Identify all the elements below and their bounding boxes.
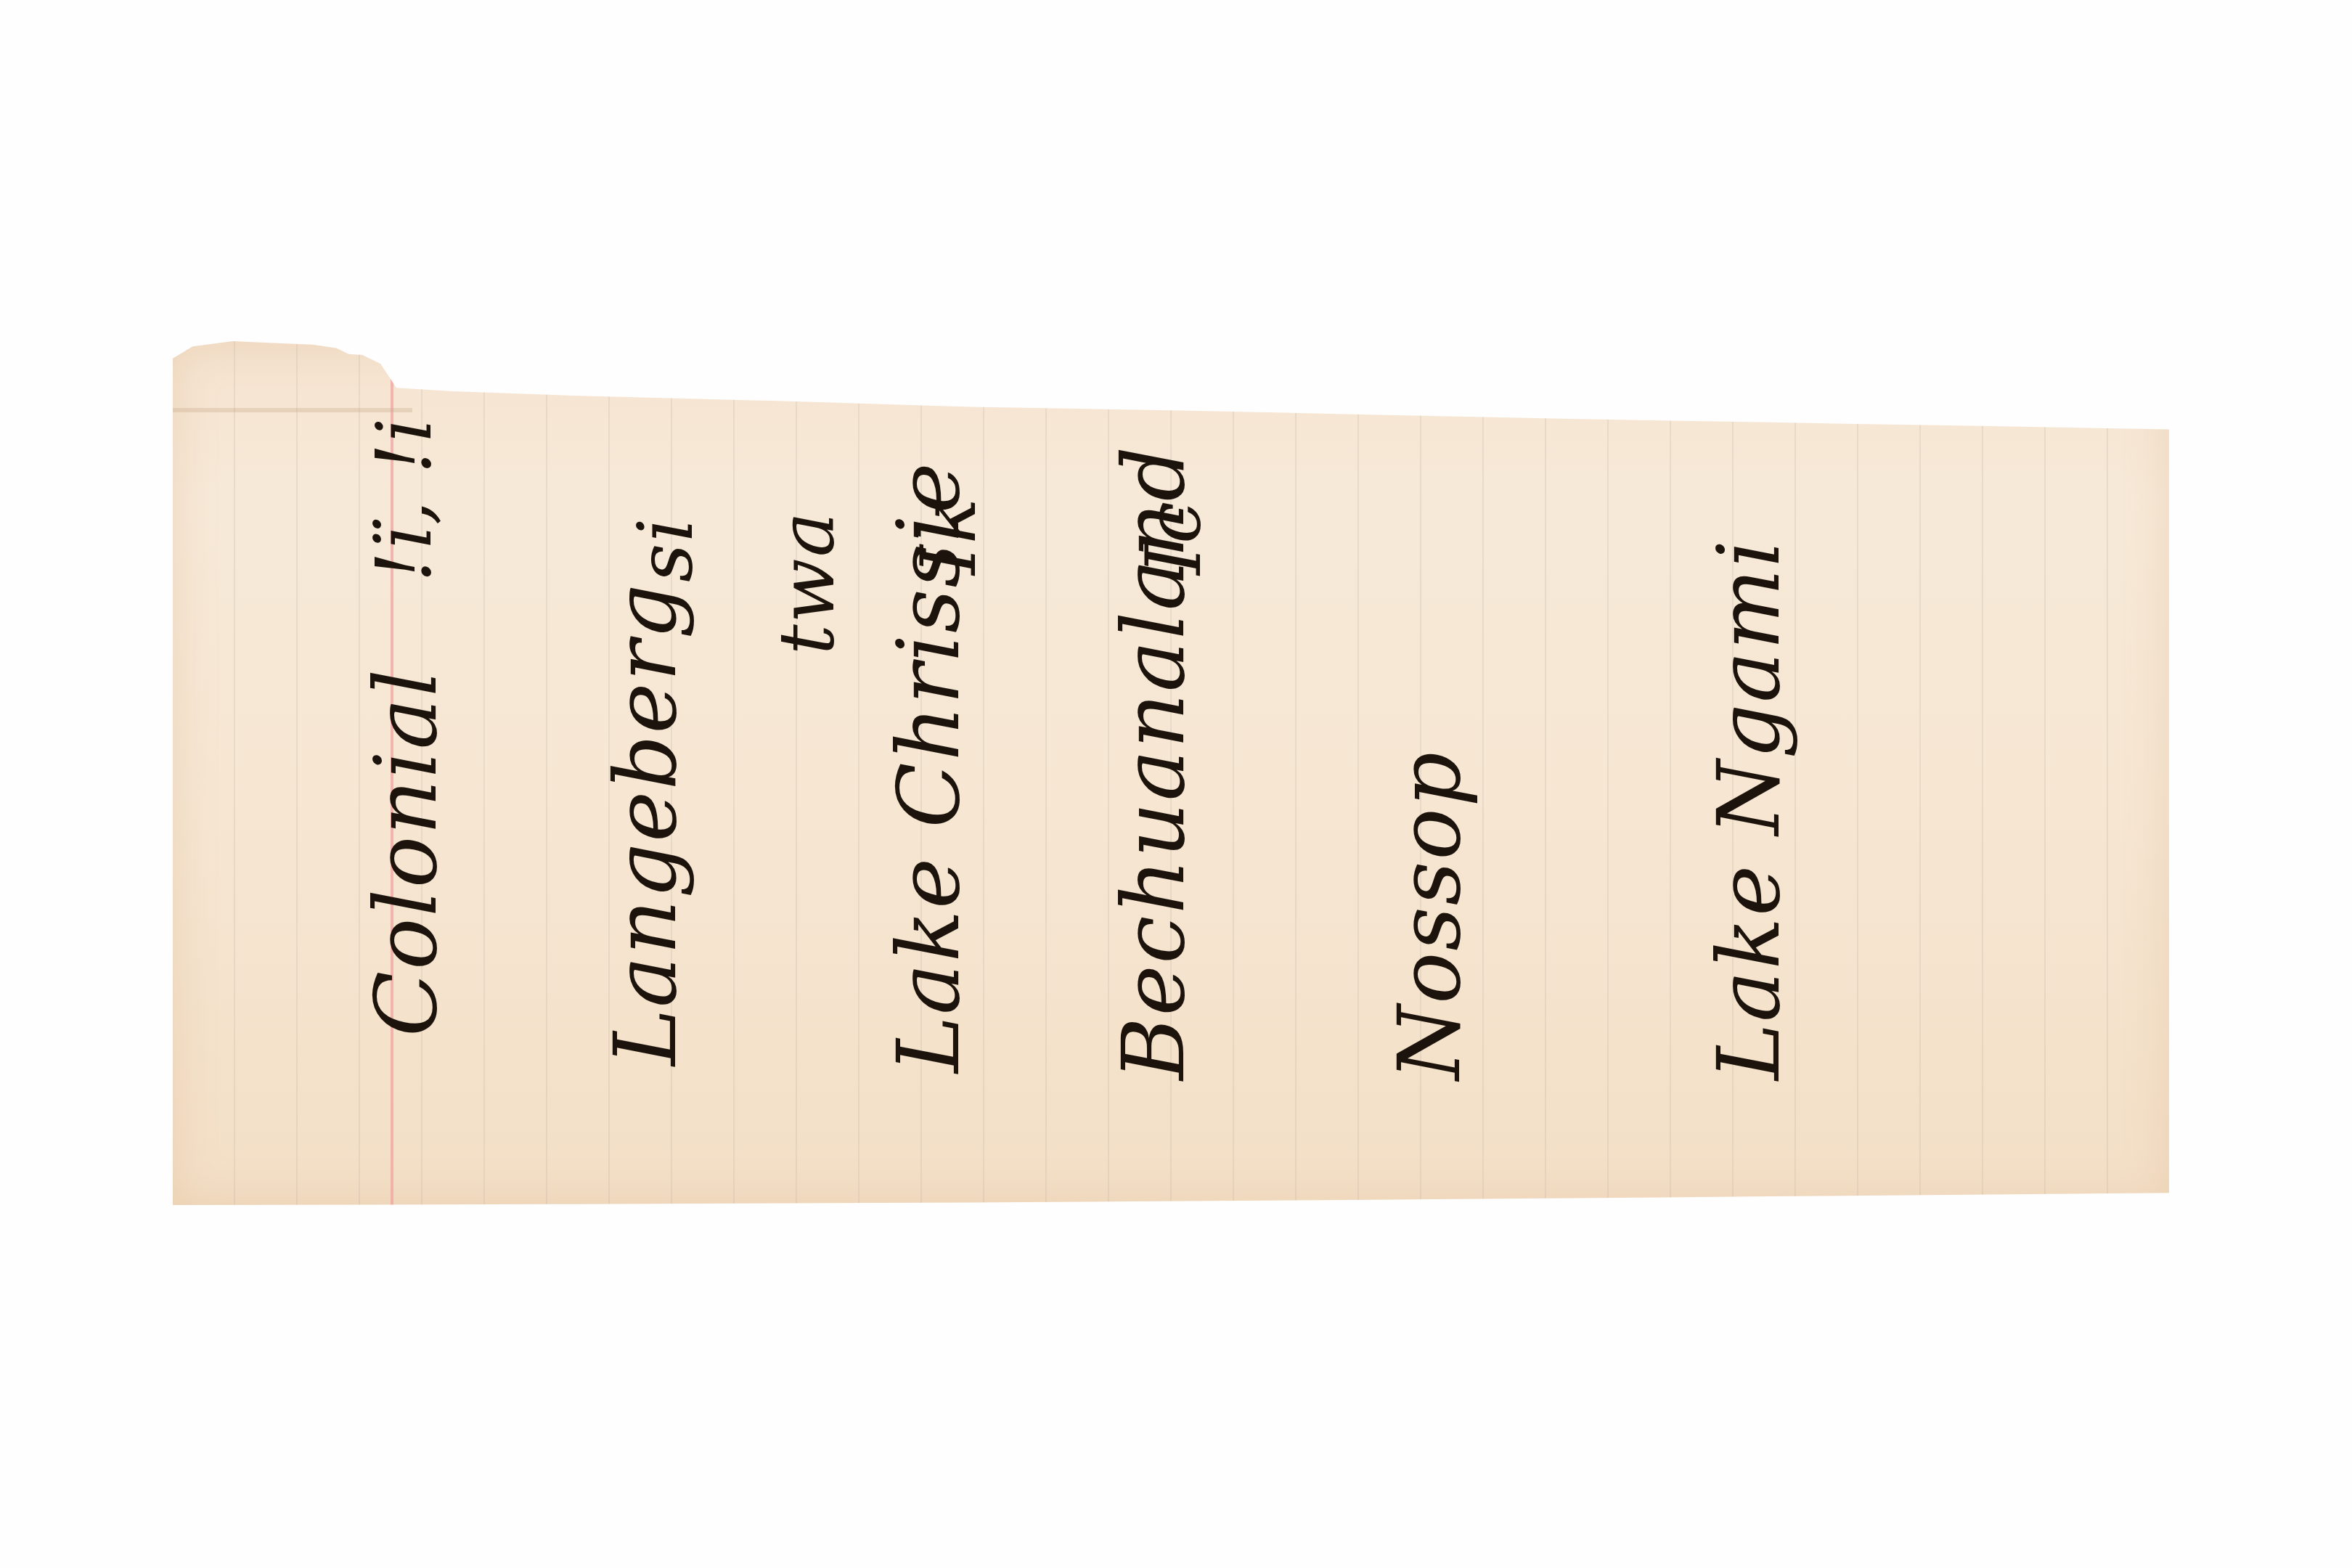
entry-twa-fragment: twa (763, 510, 852, 655)
entry-bechuanaland-fragment: Ic (1130, 500, 1218, 575)
entry-nossop: Nossop (1379, 751, 1479, 1080)
entry-langeberg-fragment: si (621, 516, 710, 582)
photo-background: Colonial !ï, !i Langeberg si twa Lake Ch… (0, 0, 2352, 1568)
entry-lake-ngami: Lake Ngami (1699, 539, 1799, 1080)
entry-lake-chrissie-fragment: Ik (905, 497, 993, 575)
entry-langeberg: Langeberg (595, 583, 695, 1066)
entry-colonial: Colonial (356, 668, 456, 1037)
handwritten-entries: Colonial !ï, !i Langeberg si twa Lake Ch… (173, 341, 2169, 1205)
entry-colonial-fragment: !ï, !i (360, 417, 449, 582)
torn-paper-fragment: Colonial !ï, !i Langeberg si twa Lake Ch… (173, 341, 2169, 1205)
